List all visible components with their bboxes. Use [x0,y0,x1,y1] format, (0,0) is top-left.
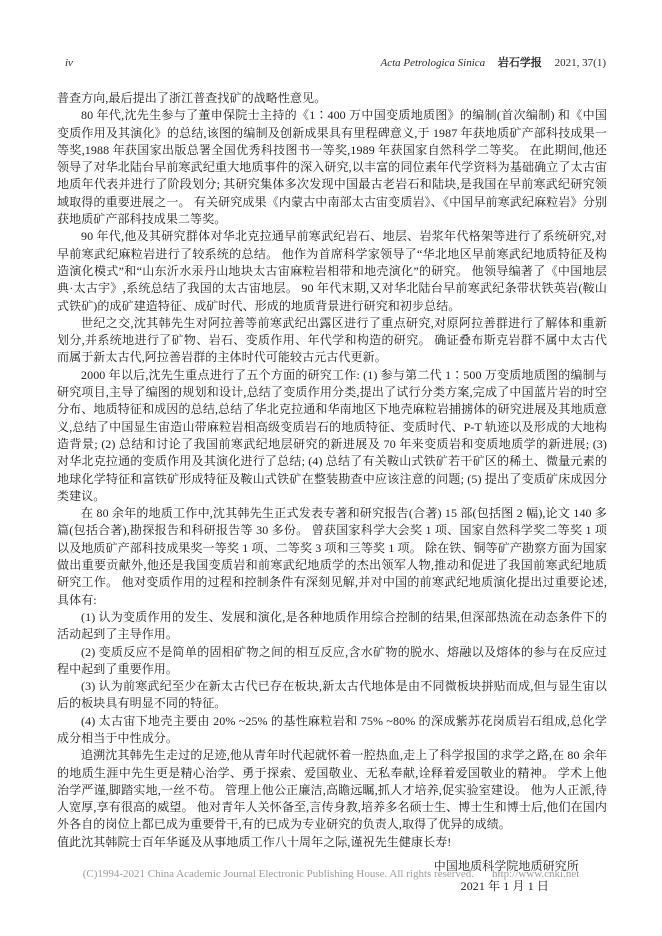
journal-title-chinese: 岩石学报 [498,57,542,69]
footer-copyright: (C)1994-2021 China Academic Journal Elec… [83,868,474,880]
body-paragraph: 2000 年以后,沈先生重点进行了五个方面的研究工作: (1) 参与第二代 1∶… [57,367,607,505]
page-footer: (C)1994-2021 China Academic Journal Elec… [0,868,662,880]
body-paragraph: (3) 认为前寒武纪至少在新太古代已存在板块,新太古代地体是由不同微板块拼贴而成… [57,678,607,713]
body-paragraph: (1) 认为变质作用的发生、发展和演化,是各种地质作用综合控制的结果,但深部热流… [57,609,607,644]
journal-page: iv Acta Petrologica Sinica 岩石学报 2021, 37… [0,0,662,936]
journal-header-line: Acta Petrologica Sinica 岩石学报 2021, 37(1) [380,54,606,70]
footer-url: http://www.cnki.net [492,868,579,880]
body-paragraph: 80 年代,沈先生参与了董申保院士主持的《1∶400 万中国变质地质图》的编制(… [57,107,607,228]
article-body: 普查方向,最后提出了浙江普查找矿的战略性意见。80 年代,沈先生参与了董申保院士… [57,90,607,896]
body-paragraph: 90 年代,他及其研究群体对华北克拉通早前寒武纪岩石、地层、岩浆年代格架等进行了… [57,228,607,314]
body-paragraph: (2) 变质反应不是简单的固相矿物之间的相互反应,含水矿物的脱水、熔融以及熔体的… [57,644,607,679]
body-paragraph: 值此沈其韩院士百年华诞及从事地质工作八十周年之际,谨祝先生健康长寿! [57,834,607,851]
journal-issue-info: 2021, 37(1) [555,57,606,69]
body-paragraph: 普查方向,最后提出了浙江普查找矿的战略性意见。 [57,90,607,107]
body-paragraph: 追溯沈其韩先生走过的足迹,他从青年时代起就怀着一腔热血,走上了科学报国的求学之路… [57,747,607,833]
paragraph-container: 普查方向,最后提出了浙江普查找矿的战略性意见。80 年代,沈先生参与了董申保院士… [57,90,607,851]
body-paragraph: 在 80 余年的地质工作中,沈其韩先生正式发表专著和研究报告(合著) 15 部(… [57,505,607,609]
journal-title-latin: Acta Petrologica Sinica [380,57,485,69]
body-paragraph: 世纪之交,沈其韩先生对阿拉善等前寒武纪出露区进行了重点研究,对原阿拉善群进行了解… [57,315,607,367]
page-number: iv [57,57,73,69]
body-paragraph: (4) 太古宙下地壳主要由 20% ~25% 的基性麻粒岩和 75% ~80% … [57,713,607,748]
page-header: iv Acta Petrologica Sinica 岩石学报 2021, 37… [57,54,606,70]
